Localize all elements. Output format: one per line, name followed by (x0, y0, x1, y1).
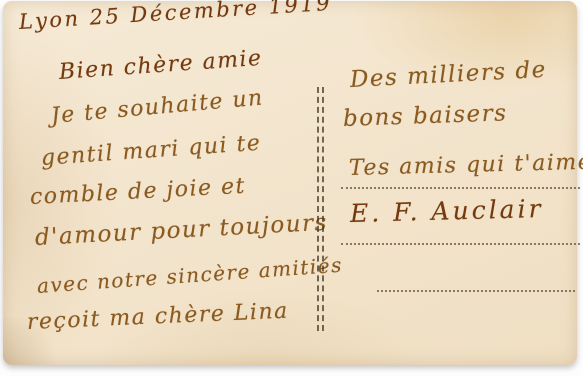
divider-rule (317, 87, 324, 331)
dotted-writing-line-2 (341, 243, 580, 245)
signature: E. F. Auclair (350, 194, 544, 228)
dotted-writing-line-3 (377, 290, 575, 292)
message-line-4: comble de joie et (29, 174, 246, 210)
postcard: Lyon 25 Décembre 1919 Bien chère amie Je… (3, 1, 577, 365)
message-line-5: d'amour pour toujours (34, 210, 328, 251)
greeting-line-2: bons baisers (343, 100, 508, 132)
closing-line: Tes amis qui t'aime (349, 150, 583, 181)
dateline: Lyon 25 Décembre 1919 (18, 0, 332, 34)
message-line-3: gentil mari qui te (40, 131, 262, 171)
greeting-line-1: Des milliers de (349, 57, 547, 93)
message-line-2: Je te souhaite un (50, 85, 265, 129)
dotted-writing-line-1 (341, 187, 580, 189)
message-line-6: avec notre sincère amitiés (36, 253, 343, 298)
photo-background: { "postcard": { "dateline": "Lyon 25 Déc… (0, 0, 583, 376)
message-line-1: Bien chère amie (58, 46, 263, 85)
message-line-7: reçoit ma chère Lina (26, 299, 289, 335)
